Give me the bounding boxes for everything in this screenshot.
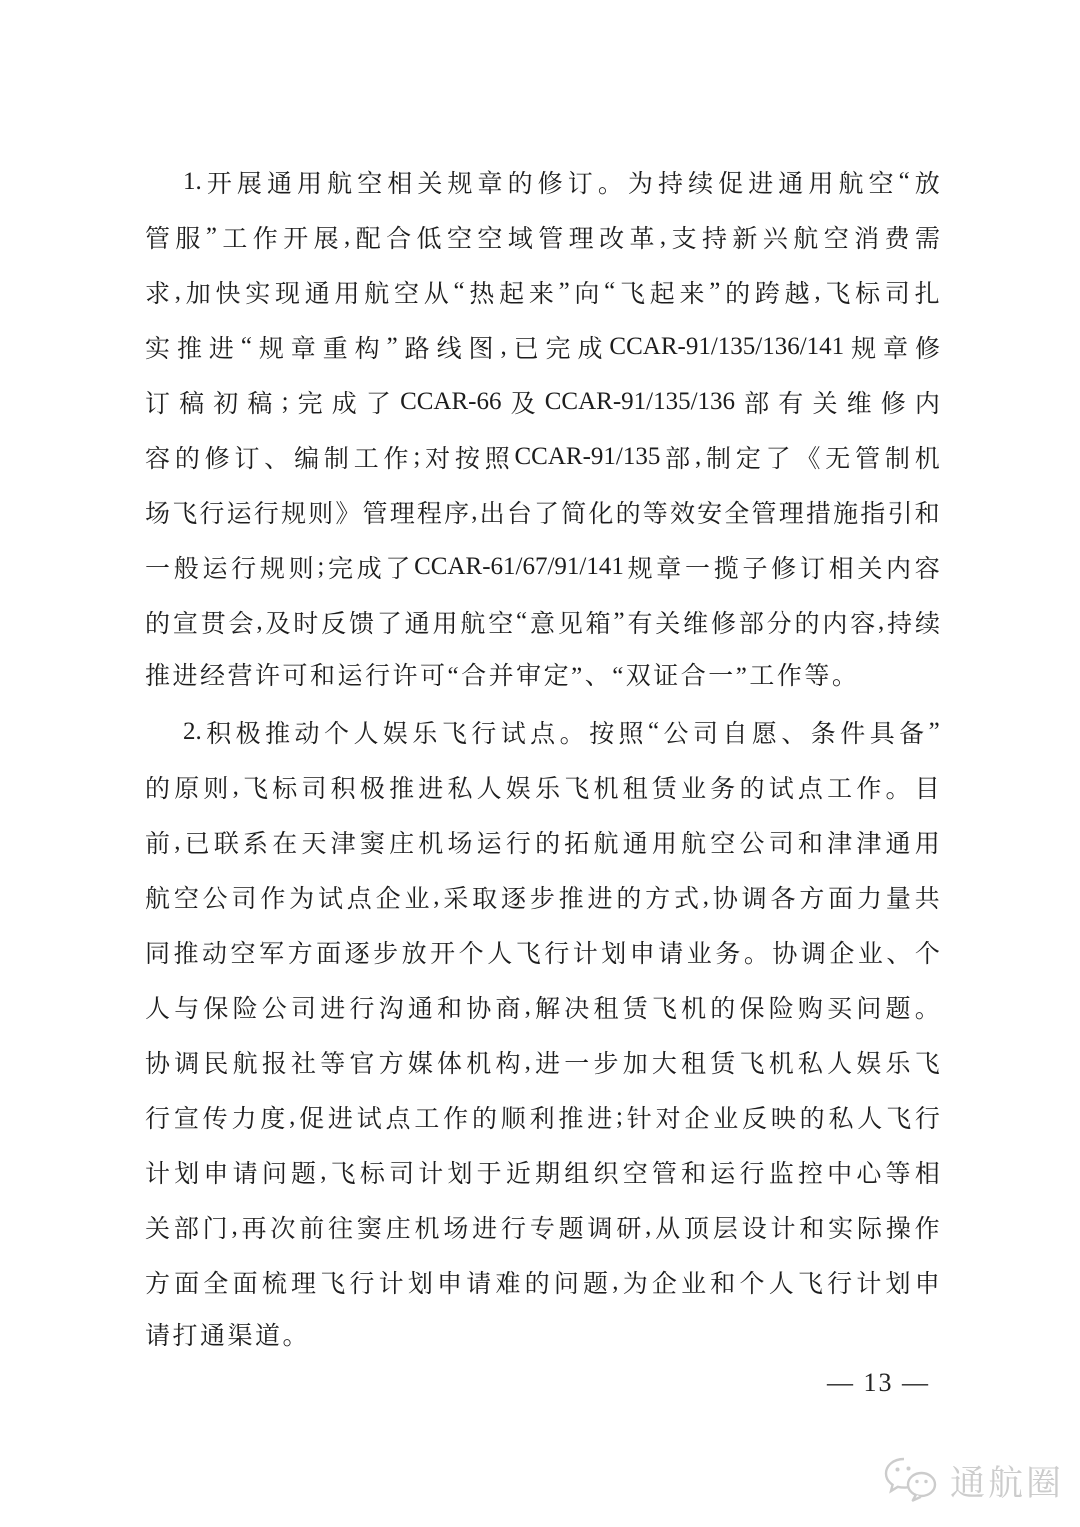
document-page: 1.开展通用航空相关规章的修订。为持续促进通用航空“放管服”工作开展,配合低空空… xyxy=(0,0,1080,1527)
text-line: 的宣贯会,及时反馈了通用航空“意见箱”有关维修部分的内容,持续 xyxy=(145,594,940,649)
text-line: 协调民航报社等官方媒体机构,进一步加大租赁飞机私人娱乐飞 xyxy=(145,1034,940,1089)
document-body: 1.开展通用航空相关规章的修订。为持续促进通用航空“放管服”工作开展,配合低空空… xyxy=(145,154,940,1364)
text-line: 人与保险公司进行沟通和协商,解决租赁飞机的保险购买问题。 xyxy=(145,979,940,1034)
text-line: 方面全面梳理飞行计划申请难的问题,为企业和个人飞行计划申 xyxy=(145,1254,940,1309)
text-line: 管服”工作开展,配合低空空域管理改革,支持新兴航空消费需 xyxy=(145,209,940,264)
wechat-chat-bubbles-icon xyxy=(882,1455,942,1507)
text-line: 求,加快实现通用航空从“热起来”向“飞起来”的跨越,飞标司扎 xyxy=(145,264,940,319)
text-line: 订稿初稿;完成了CCAR-66及CCAR-91/135/136部有关维修内 xyxy=(145,374,940,429)
text-line: 航空公司作为试点企业,采取逐步推进的方式,协调各方面力量共 xyxy=(145,869,940,924)
text-line: 同推动空军方面逐步放开个人飞行计划申请业务。协调企业、个 xyxy=(145,924,940,979)
text-line: 行宣传力度,促进试点工作的顺利推进;针对企业反映的私人飞行 xyxy=(145,1089,940,1144)
text-line: 2.积极推动个人娱乐飞行试点。按照“公司自愿、条件具备” xyxy=(145,704,940,759)
text-line: 一般运行规则;完成了CCAR-61/67/91/141规章一揽子修订相关内容 xyxy=(145,539,940,594)
text-line: 1.开展通用航空相关规章的修订。为持续促进通用航空“放 xyxy=(145,154,940,209)
text-line: 推进经营许可和运行许可“合并审定”、“双证合一”工作等。 xyxy=(145,649,940,704)
text-line: 关部门,再次前往窦庄机场进行专题调研,从顶层设计和实际操作 xyxy=(145,1199,940,1254)
text-line: 请打通渠道。 xyxy=(145,1309,940,1364)
text-line: 场飞行运行规则》管理程序,出台了简化的等效安全管理措施指引和 xyxy=(145,484,940,539)
watermark-label: 通航圈 xyxy=(950,1456,1064,1506)
page-number: — 13 — xyxy=(827,1368,930,1398)
text-line: 计划申请问题,飞标司计划于近期组织空管和运行监控中心等相 xyxy=(145,1144,940,1199)
watermark: 通航圈 xyxy=(882,1455,1064,1507)
text-line: 实推进“规章重构”路线图,已完成CCAR-91/135/136/141规章修 xyxy=(145,319,940,374)
text-line: 前,已联系在天津窦庄机场运行的拓航通用航空公司和津津通用 xyxy=(145,814,940,869)
text-line: 的原则,飞标司积极推进私人娱乐飞机租赁业务的试点工作。目 xyxy=(145,759,940,814)
text-line: 容的修订、编制工作;对按照CCAR-91/135部,制定了《无管制机 xyxy=(145,429,940,484)
